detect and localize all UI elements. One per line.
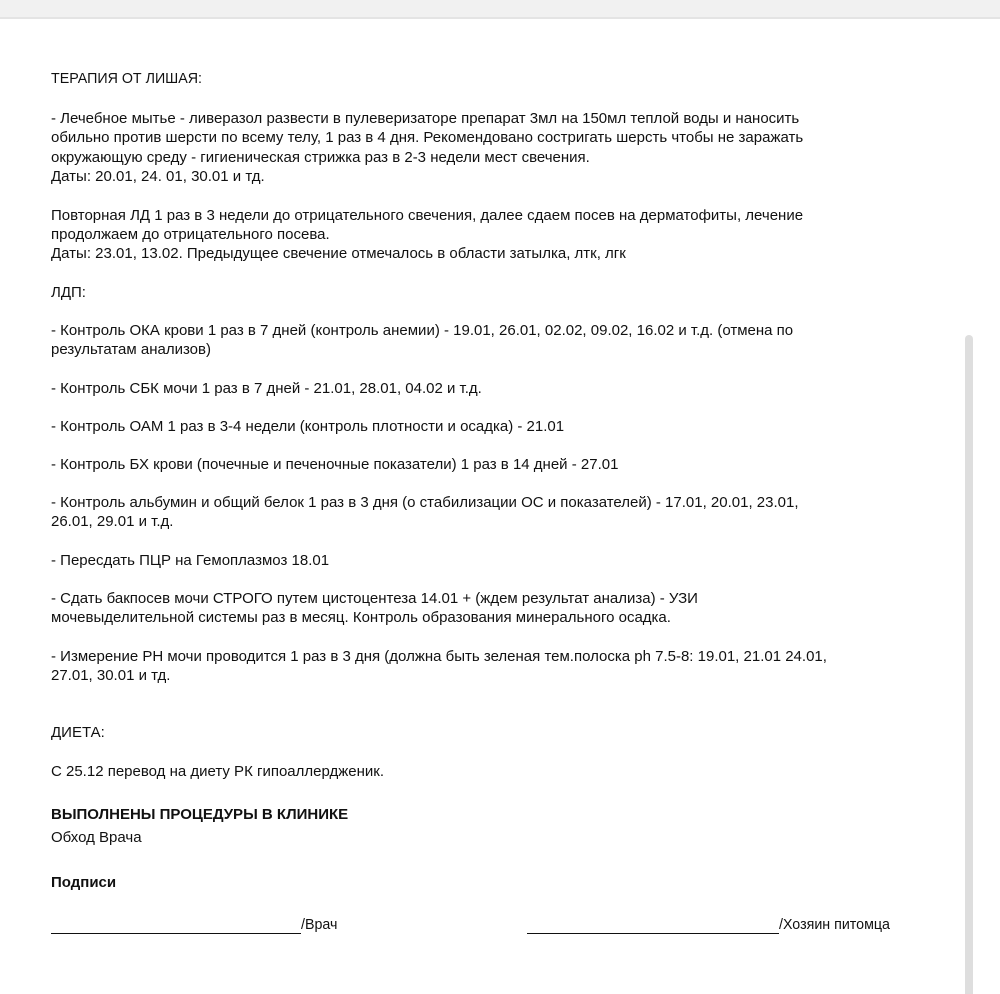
ldp-item-sbk: - Контроль СБК мочи 1 раз в 7 дней - 21.… bbox=[51, 379, 482, 398]
ldp-item-oam: - Контроль ОАМ 1 раз в 3-4 недели (контр… bbox=[51, 417, 564, 436]
owner-signature: /Хозяин питомца bbox=[527, 915, 896, 934]
ldp-item-oka-cont: результатам анализов) bbox=[51, 340, 211, 359]
doctor-signature-line bbox=[51, 916, 301, 934]
doctor-signature: /Врач bbox=[51, 915, 339, 934]
therapy-wash-line: обильно против шерсти по всему телу, 1 р… bbox=[51, 128, 803, 147]
owner-signature-label: /Хозяин питомца bbox=[779, 915, 890, 934]
diet-heading: ДИЕТА: bbox=[51, 723, 105, 742]
therapy-wash-line: окружающую среду - гигиеническая стрижка… bbox=[51, 148, 590, 167]
owner-signature-line bbox=[527, 916, 779, 934]
ldp-item-culture: - Сдать бакпосев мочи СТРОГО путем цисто… bbox=[51, 589, 698, 608]
procedures-text: Обход Врача bbox=[51, 828, 142, 847]
ldp-item-albumin: - Контроль альбумин и общий белок 1 раз … bbox=[51, 493, 799, 512]
ldp-item-ph: - Измерение РН мочи проводится 1 раз в 3… bbox=[51, 647, 827, 666]
signature-row: /Врач /Хозяин питомца bbox=[51, 915, 931, 935]
ldp-item-albumin-cont: 26.01, 29.01 и т.д. bbox=[51, 512, 173, 531]
ldp-item-culture-cont: мочевыделительной системы раз в месяц. К… bbox=[51, 608, 671, 627]
ldp-item-ph-cont: 27.01, 30.01 и тд. bbox=[51, 666, 170, 685]
ldp-heading: ЛДП: bbox=[51, 283, 86, 302]
therapy-wash-line: - Лечебное мытье - ливеразол развести в … bbox=[51, 109, 799, 128]
therapy-ld-line: Повторная ЛД 1 раз в 3 недели до отрицат… bbox=[51, 206, 803, 225]
therapy-ld-line: продолжаем до отрицательного посева. bbox=[51, 225, 330, 244]
scrollbar-thumb[interactable] bbox=[965, 335, 973, 994]
doctor-signature-label: /Врач bbox=[301, 915, 337, 934]
therapy-wash-dates: Даты: 20.01, 24. 01, 30.01 и тд. bbox=[51, 167, 265, 186]
signatures-heading: Подписи bbox=[51, 873, 116, 892]
ldp-item-oka: - Контроль ОКА крови 1 раз в 7 дней (кон… bbox=[51, 321, 793, 340]
therapy-heading: ТЕРАПИЯ ОТ ЛИШАЯ: bbox=[51, 69, 202, 88]
ldp-item-bh: - Контроль БХ крови (почечные и печеночн… bbox=[51, 455, 618, 474]
ldp-item-pcr: - Пересдать ПЦР на Гемоплазмоз 18.01 bbox=[51, 551, 329, 570]
viewer-top-bar bbox=[0, 0, 1000, 19]
therapy-ld-dates: Даты: 23.01, 13.02. Предыдущее свечение … bbox=[51, 244, 626, 263]
diet-text: С 25.12 перевод на диету РК гипоаллердже… bbox=[51, 762, 384, 781]
procedures-heading: ВЫПОЛНЕНЫ ПРОЦЕДУРЫ В КЛИНИКЕ bbox=[51, 805, 348, 824]
